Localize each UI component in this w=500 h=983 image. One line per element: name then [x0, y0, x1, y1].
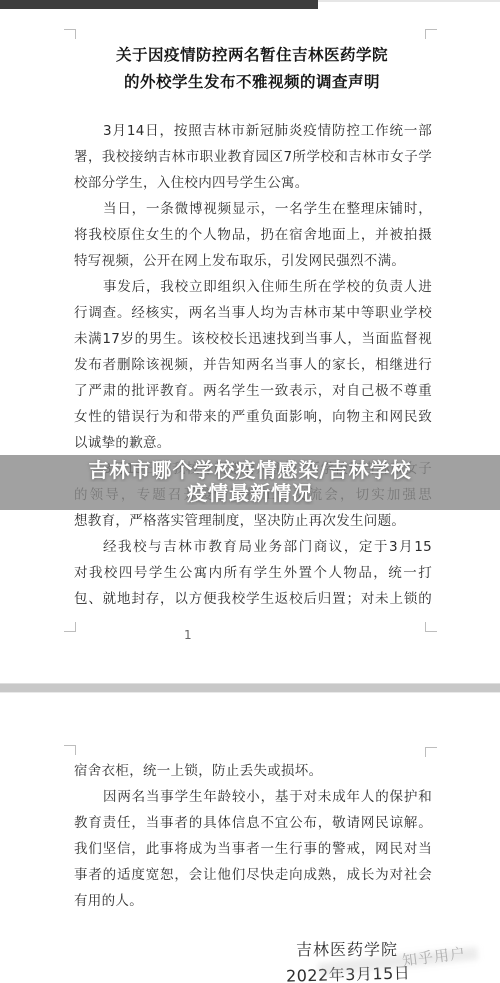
text-line: 署，我校接纳吉林市职业教育园区7所学校和吉林市女子学	[74, 144, 432, 170]
text-line: 因两名当事学生年龄较小，基于对未成年人的保护和	[74, 784, 432, 810]
page2-body: 宿舍衣柜，统一上锁，防止丢失或损坏。因两名当事学生年龄较小，基于对未成年人的保护…	[74, 758, 432, 914]
text-line: 行调查。经核实，两名当事人均为吉林市某中等职业学校	[74, 300, 432, 326]
text-line: 经我校与吉林市教育局业务部门商议，定于3月15日，	[74, 534, 432, 560]
watermark-text: 知乎用户	[401, 942, 467, 971]
text-line: 想教育，严格落实管理制度，坚决防止再次发生问题。	[74, 508, 432, 534]
margin-mark-icon	[425, 29, 437, 39]
text-line: 以诚挚的歉意。	[74, 430, 432, 456]
caption-line-2: 疫情最新情况	[0, 482, 500, 505]
text-line: 包、就地封存，以方便我校学生返校后归置；对未上锁的	[74, 586, 432, 612]
text-line: 宿舍衣柜，统一上锁，防止丢失或损坏。	[74, 758, 432, 784]
caption-overlay-text: 吉林市哪个学校疫情感染/吉林学校 疫情最新情况	[0, 459, 500, 505]
margin-mark-icon	[64, 622, 76, 632]
margin-mark-icon	[425, 747, 437, 757]
text-line: 女性的错误行为和带来的严重负面影响，向物主和网民致	[74, 404, 432, 430]
text-line: 事发后，我校立即组织入住师生所在学校的负责人进	[74, 274, 432, 300]
text-line: 的外校学生发布不雅视频的调查声明	[74, 69, 430, 96]
text-line: 3月14日，按照吉林市新冠肺炎疫情防控工作统一部	[74, 118, 432, 144]
text-line: 未满17岁的男生。该校校长迅速找到当事人，当面监督视频	[74, 326, 432, 352]
margin-mark-icon	[425, 622, 437, 632]
text-line: 关于因疫情防控两名暂住吉林医药学院	[74, 42, 430, 69]
text-line: 对我校四号学生公寓内所有学生外置个人物品，统一打	[74, 560, 432, 586]
text-line: 校部分学生，入住校内四号学生公寓。	[74, 170, 432, 196]
document-title: 关于因疫情防控两名暂住吉林医药学院的外校学生发布不雅视频的调查声明	[74, 42, 430, 96]
text-line: 特写视频，公开在网上发布取乐，引发网民强烈不满。	[74, 248, 432, 274]
text-line: 了严肃的批评教育。两名学生一致表示，对自己极不尊重	[74, 378, 432, 404]
top-dark-bar	[0, 0, 318, 9]
text-line: 有用的人。	[74, 888, 432, 914]
text-line: 当日，一条微博视频显示，一名学生在整理床铺时，	[74, 196, 432, 222]
margin-mark-icon	[64, 745, 76, 755]
page-number: 1	[184, 628, 192, 642]
text-line: 我们坚信，此事将成为当事者一生行事的警戒，网民对当	[74, 836, 432, 862]
text-line: 事者的适度宽恕，会让他们尽快走向成熟，成长为对社会	[74, 862, 432, 888]
text-line: 发布者删除该视频，并告知两名当事人的家长，相继进行	[74, 352, 432, 378]
caption-line-1: 吉林市哪个学校疫情感染/吉林学校	[0, 459, 500, 482]
page1-body: 3月14日，按照吉林市新冠肺炎疫情防控工作统一部署，我校接纳吉林市职业教育园区7…	[74, 118, 432, 612]
text-line: 将我校原住女生的个人物品，扔在宿舍地面上，并被拍摄	[74, 222, 432, 248]
margin-mark-icon	[64, 29, 76, 39]
text-line: 教育责任，当事者的具体信息不宜公布，敬请网民谅解。	[74, 810, 432, 836]
document-photo: 关于因疫情防控两名暂住吉林医药学院的外校学生发布不雅视频的调查声明 3月14日，…	[0, 0, 500, 983]
page-break-separator	[0, 683, 500, 693]
